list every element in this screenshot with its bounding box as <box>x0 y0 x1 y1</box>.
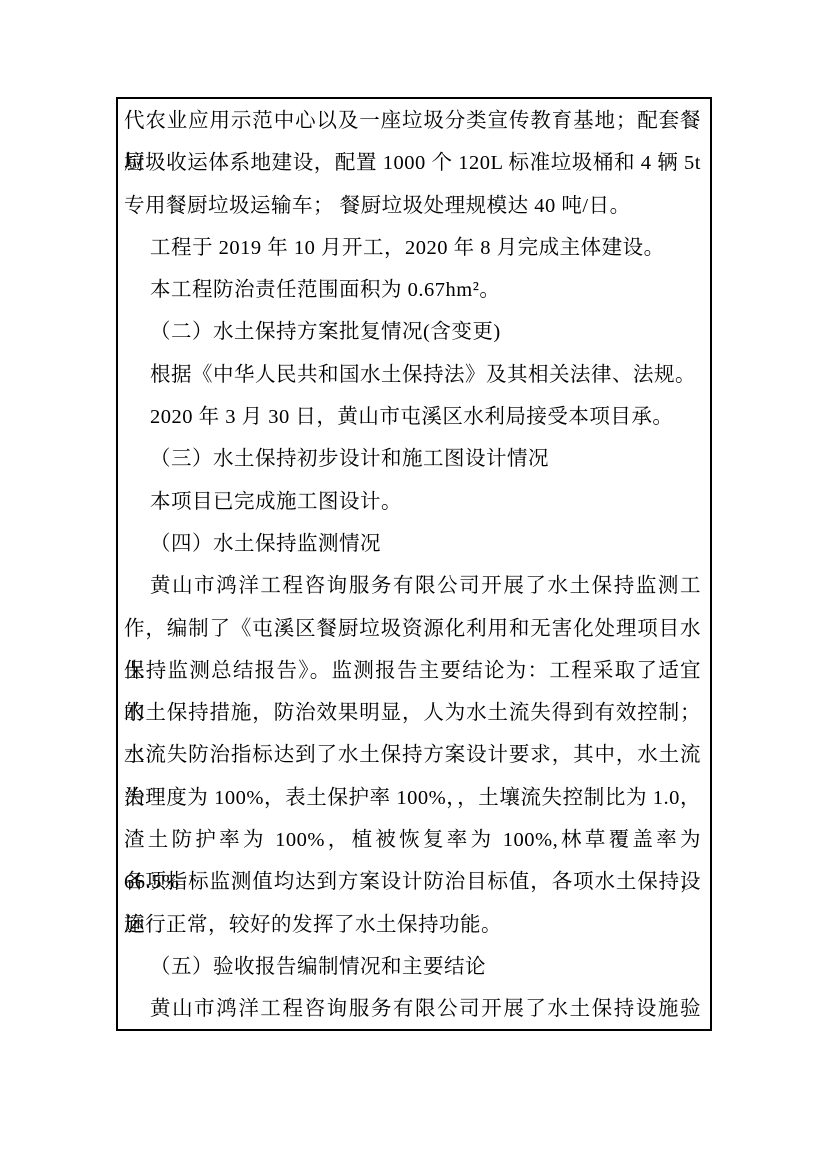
document-page: 代农业应用示范中心以及一座垃圾分类宣传教育基地；配套餐厨 垃圾收运体系地建设，配… <box>0 0 827 1169</box>
text-line: 垃圾收运体系地建设，配置 1000 个 120L 标准垃圾桶和 4 辆 5t <box>124 142 701 184</box>
section-heading-4: （四）水土保持监测情况 <box>124 523 701 565</box>
bordered-text-cell: 代农业应用示范中心以及一座垃圾分类宣传教育基地；配套餐厨 垃圾收运体系地建设，配… <box>116 97 712 1031</box>
text-line: 土流失防治指标达到了水土保持方案设计要求，其中，水土流失 <box>124 734 701 776</box>
text-line: 作，编制了《屯溪区餐厨垃圾资源化利用和无害化处理项目水土 <box>124 608 701 650</box>
text-line: 代农业应用示范中心以及一座垃圾分类宣传教育基地；配套餐厨 <box>124 100 701 142</box>
text-line: 各项指标监测值均达到方案设计防治目标值，各项水土保持设施 <box>124 861 701 903</box>
section-heading-3: （三）水土保持初步设计和施工图设计情况 <box>124 438 701 480</box>
section-heading-2: （二）水土保持方案批复情况(含变更) <box>124 311 701 353</box>
text-line: 本工程防治责任范围面积为 0.67hm²。 <box>124 269 701 311</box>
text-line: 2020 年 3 月 30 日，黄山市屯溪区水利局接受本项目承。 <box>124 396 701 438</box>
text-line: 工程于 2019 年 10 月开工，2020 年 8 月完成主体建设。 <box>124 227 701 269</box>
text-line: 治理度为 100%，表土保护率 100%，，土壤流失控制比为 1.0， <box>124 777 701 819</box>
text-line: 水土保持措施，防治效果明显，人为水土流失得到有效控制；水 <box>124 692 701 734</box>
text-line: 黄山市鸿洋工程咨询服务有限公司开展了水土保持设施验 <box>124 988 701 1030</box>
section-heading-5: （五）验收报告编制情况和主要结论 <box>124 946 701 988</box>
text-line: 运行正常，较好的发挥了水土保持功能。 <box>124 904 701 946</box>
text-line: 根据《中华人民共和国水土保持法》及其相关法律、法规。 <box>124 354 701 396</box>
text-line: 保持监测总结报告》。监测报告主要结论为：工程采取了适宜的 <box>124 650 701 692</box>
text-line: 本项目已完成施工图设计。 <box>124 481 701 523</box>
text-line: 黄山市鸿洋工程咨询服务有限公司开展了水土保持监测工 <box>124 565 701 607</box>
text-line: 专用餐厨垃圾运输车； 餐厨垃圾处理规模达 40 吨/日。 <box>124 185 701 227</box>
text-line: 渣土防护率为 100%，植被恢复率为 100%,林草覆盖率为 66.5%， <box>124 819 701 861</box>
